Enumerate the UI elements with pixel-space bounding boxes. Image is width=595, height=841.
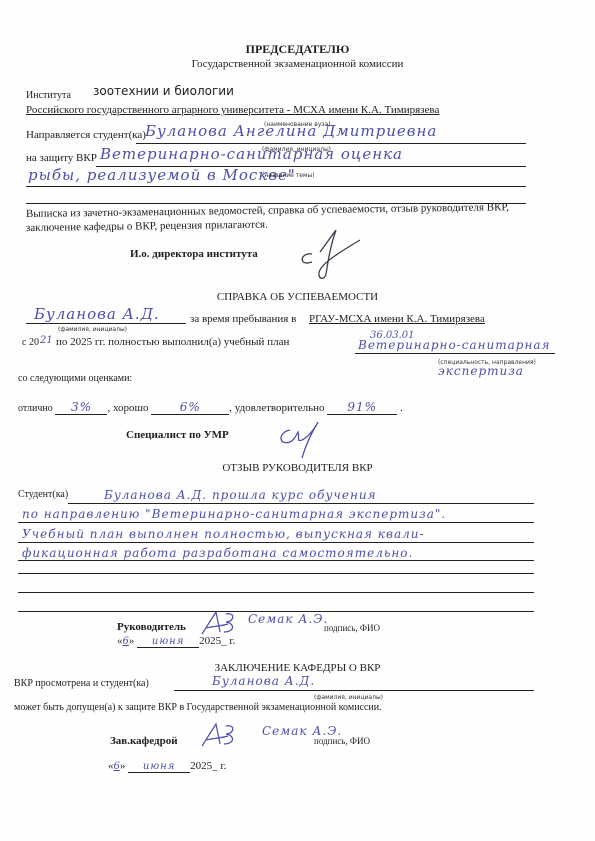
grade-good-value: 6% <box>180 400 201 414</box>
review-line-3: Учебный план выполнен полностью, выпускн… <box>22 527 425 541</box>
director-label: И.о. директора института <box>130 248 258 260</box>
supervisor-label: Руководитель <box>117 621 186 633</box>
specialist-label: Специалист по УМР <box>126 429 229 441</box>
document-page: ПРЕДСЕДАТЕЛЮ Государственной экзаменацио… <box>0 0 595 841</box>
attachments-line1: Выписка из зачетно-экзаменационных ведом… <box>26 201 509 220</box>
supervisor-sign-caption: подпись, ФИО <box>324 623 380 633</box>
period-start-year-handwritten: 21 <box>40 335 53 346</box>
grades-row: отлично 3%, хорошо 6%, удовлетворительно… <box>18 400 403 415</box>
supervisor-signature <box>198 608 243 638</box>
conclusion-date-suffix: г. <box>220 760 226 772</box>
conclusion-date-year: 2025 <box>190 760 212 772</box>
grade-satisfactory-field: 91% <box>327 400 397 415</box>
director-signature <box>290 222 370 282</box>
grade-good-label: , хорошо <box>107 402 148 414</box>
grade-satisfactory-value: 91% <box>347 400 377 414</box>
review-student-label: Студент(ка) <box>18 489 68 500</box>
grade-excellent-field: 3% <box>55 400 107 415</box>
conclusion-admission-text: может быть допущен(а) к защите ВКР в Гос… <box>14 702 382 713</box>
performance-title: СПРАВКА ОБ УСПЕВАЕМОСТИ <box>0 291 595 303</box>
review-line-2: по направлению "Ветеринарно-санитарная э… <box>22 507 446 521</box>
institute-label: Института <box>26 90 71 101</box>
period-prefix: с 20 <box>22 337 39 348</box>
attachments-line2: заключение кафедры о ВКР, рецензия прила… <box>26 219 268 234</box>
topic-line2-handwritten: рыбы, реализуемой в Москве" <box>28 166 296 184</box>
grade-excellent-label: отлично <box>18 403 53 414</box>
review-line-1: Буланова А.Д. прошла курс обучения <box>104 488 377 502</box>
performance-student-caption: (фамилия, инициалы) <box>58 326 127 333</box>
specialty-line2-handwritten: экспертиза <box>438 364 524 378</box>
head-label: Зав.кафедрой <box>110 735 178 747</box>
grades-end: . <box>400 402 403 414</box>
head-signature <box>198 720 243 750</box>
stay-text: за время пребывания в <box>190 313 296 325</box>
head-sign-caption: подпись, ФИО <box>314 736 370 746</box>
stay-org: РГАУ-МСХА имени К.А. Тимирязева <box>309 313 485 325</box>
specialty-line1-handwritten: Ветеринарно-санитарная <box>358 338 550 352</box>
review-date-suffix: г. <box>229 635 235 647</box>
document-subtitle: Государственной экзаменационной комиссии <box>0 58 595 70</box>
grade-good-field: 6% <box>151 400 229 415</box>
conclusion-student-handwritten: Буланова А.Д. <box>212 674 315 688</box>
review-date-month: июня <box>152 636 184 647</box>
supervisor-name-handwritten: Семак А.Э. <box>248 612 328 626</box>
defense-label: на защиту ВКР <box>26 152 97 164</box>
period-rest: по 2025 гг. полностью выполнил(а) учебны… <box>56 336 289 348</box>
student-label: Направляется студент(ка) <box>26 129 146 141</box>
document-title: ПРЕДСЕДАТЕЛЮ <box>0 42 595 57</box>
review-date: «6» июня2025_ г. <box>117 635 235 648</box>
grade-satisfactory-label: , удовлетворительно <box>229 402 324 414</box>
review-date-year: 2025 <box>199 635 221 647</box>
topic-caption: (название темы) <box>262 172 315 179</box>
specialist-signature <box>276 418 336 463</box>
conclusion-title: ЗАКЛЮЧЕНИЕ КАФЕДРЫ О ВКР <box>0 662 595 674</box>
conclusion-date-month: июня <box>143 761 175 772</box>
institute-value: зоотехнии и биологии <box>93 84 234 98</box>
grade-excellent-value: 3% <box>71 400 92 414</box>
student-name-handwritten: Буланова Ангелина Дмитриевна <box>145 122 437 140</box>
conclusion-student-caption: (фамилия, инициалы) <box>314 694 383 701</box>
conclusion-date: «6» июня2025_ г. <box>108 760 226 773</box>
topic-line1-handwritten: Ветеринарно-санитарная оценка <box>100 145 403 163</box>
performance-student-handwritten: Буланова А.Д. <box>34 305 160 323</box>
conclusion-reviewed-label: ВКР просмотрена и студент(ка) <box>14 678 149 689</box>
review-title: ОТЗЫВ РУКОВОДИТЕЛЯ ВКР <box>0 462 595 474</box>
review-line-4: фикационная работа разработана самостоят… <box>22 546 413 560</box>
university-name: Российского государственного аграрного у… <box>26 104 439 116</box>
grades-label: со следующими оценками: <box>18 373 132 384</box>
